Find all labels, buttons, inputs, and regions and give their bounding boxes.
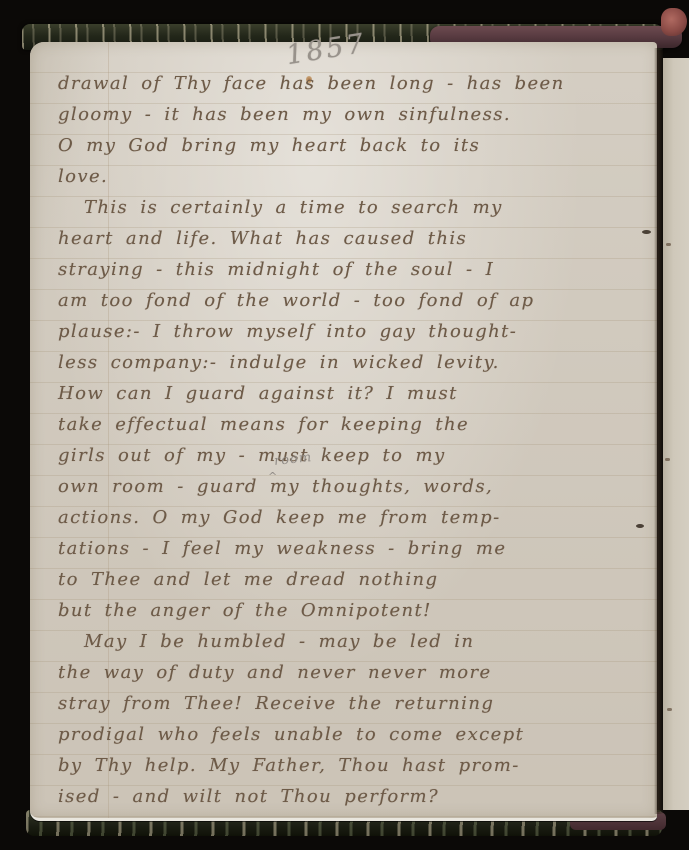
manuscript-line: girls out of my - must keep to my bbox=[58, 440, 644, 471]
manuscript-line: How can I guard against it? I must bbox=[58, 378, 644, 409]
spine-corner-wear bbox=[661, 8, 687, 36]
manuscript-line: own room - guard my thoughts, words, bbox=[58, 471, 644, 502]
caret-mark: ^ bbox=[268, 470, 277, 483]
manuscript-line: the way of duty and never never more bbox=[58, 657, 644, 688]
ink-speck bbox=[666, 243, 671, 246]
manuscript-line: May I be humbled - may be led in bbox=[58, 626, 644, 657]
manuscript-line: am too fond of the world - too fond of a… bbox=[58, 285, 644, 316]
manuscript-line: stray from Thee! Receive the returning bbox=[58, 688, 644, 719]
manuscript-line: O my God bring my heart back to its bbox=[58, 130, 644, 161]
manuscript-line: take effectual means for keeping the bbox=[58, 409, 644, 440]
manuscript-line: prodigal who feels unable to come except bbox=[58, 719, 644, 750]
manuscript-line: gloomy - it has been my own sinfulness. bbox=[58, 99, 644, 130]
ink-speck bbox=[667, 708, 672, 711]
manuscript-line: drawal of Thy face has been long - has b… bbox=[58, 68, 644, 99]
facing-page-sliver bbox=[663, 58, 689, 810]
manuscript-line: less company:- indulge in wicked levity. bbox=[58, 347, 644, 378]
manuscript-line: This is certainly a time to search my bbox=[58, 192, 644, 223]
gutter-shadow bbox=[654, 48, 663, 814]
manuscript-line: plause:- I throw myself into gay thought… bbox=[58, 316, 644, 347]
manuscript-line: by Thy help. My Father, Thou hast prom- bbox=[58, 750, 644, 781]
manuscript-line: tations - I feel my weakness - bring me bbox=[58, 533, 644, 564]
ink-speck bbox=[642, 230, 651, 234]
ink-speck bbox=[665, 458, 670, 461]
diary-scan: 1857 drawal of Thy face has been long - … bbox=[0, 0, 689, 850]
manuscript-line: to Thee and let me dread nothing bbox=[58, 564, 644, 595]
manuscript-text: drawal of Thy face has been long - has b… bbox=[58, 68, 644, 812]
manuscript-line: ised - and wilt not Thou perform? bbox=[58, 781, 644, 812]
manuscript-line: heart and life. What has caused this bbox=[58, 223, 644, 254]
manuscript-line: actions. O my God keep me from temp- bbox=[58, 502, 644, 533]
manuscript-line: love. bbox=[58, 161, 644, 192]
manuscript-line: straying - this midnight of the soul - I bbox=[58, 254, 644, 285]
ink-speck bbox=[636, 524, 644, 528]
manuscript-line: but the anger of the Omnipotent! bbox=[58, 595, 644, 626]
diary-page: 1857 drawal of Thy face has been long - … bbox=[30, 42, 657, 821]
